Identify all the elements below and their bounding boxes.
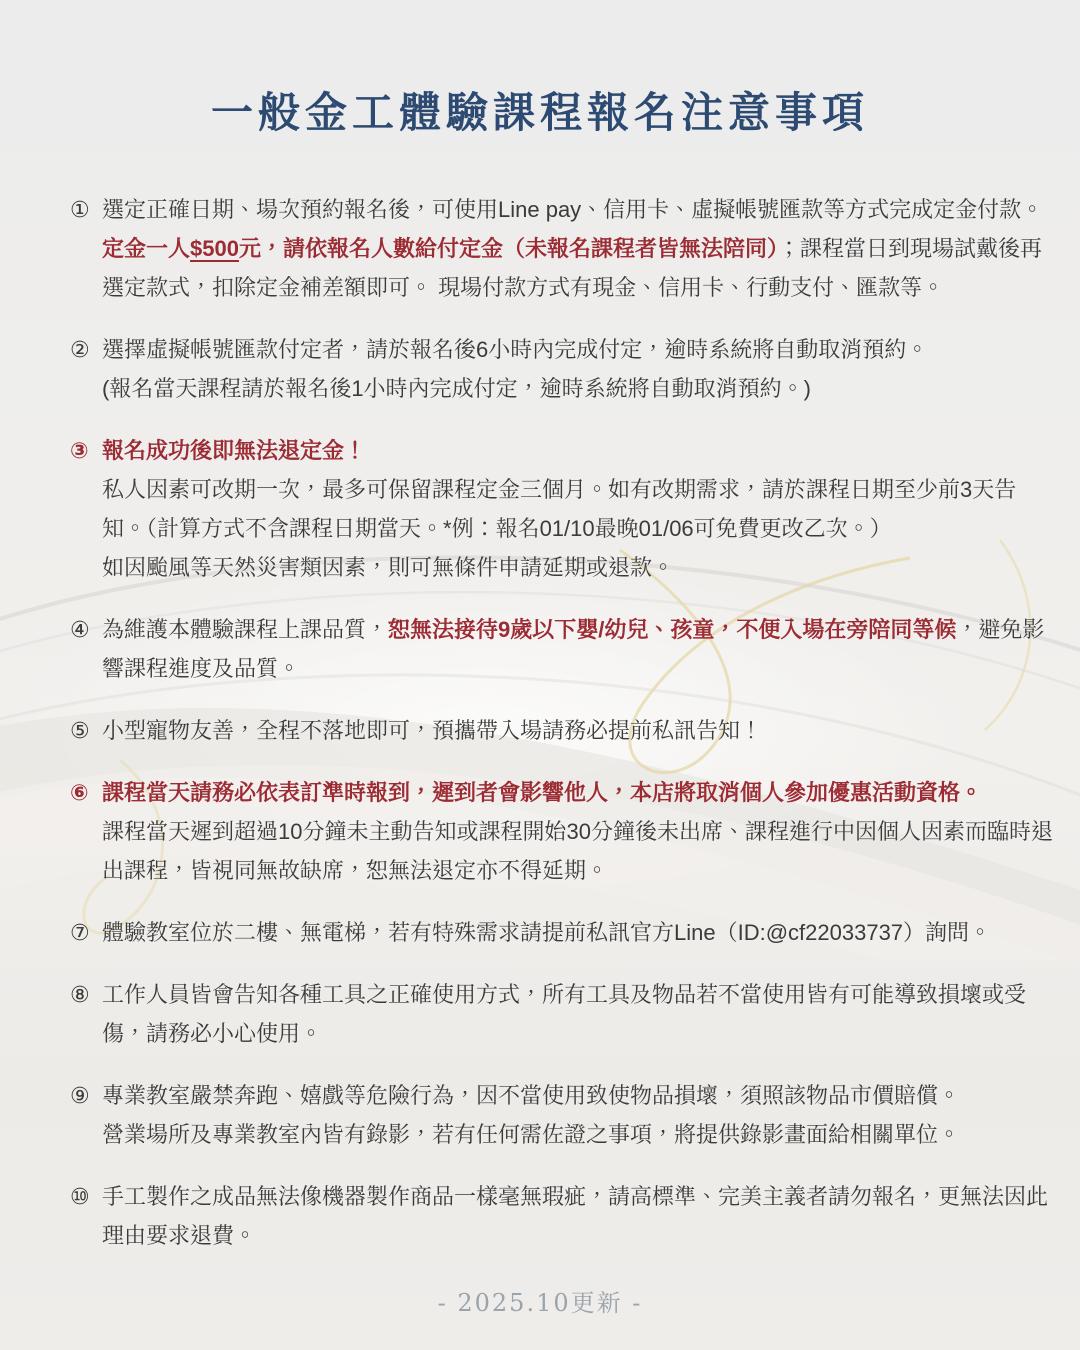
notice-line: 私人因素可改期一次，最多可保留課程定金三個月。如有改期需求，請於課程日期至少前3… (102, 470, 1010, 509)
text-segment: (報名當天課程請於報名後1小時內完成付定，逾時系統將自動取消預約。) (102, 376, 811, 401)
text-segment: 營業場所及專業教室內皆有錄影，若有任何需佐證之事項，將提供錄影畫面給相關單位。 (102, 1122, 960, 1147)
notice-line: 課程當天請務必依表訂準時報到，遲到者會影響他人，本店將取消個人參加優惠活動資格。 (102, 773, 1010, 812)
text-segment: 手工製作之成品無法像機器製作商品一樣毫無瑕疵，請高標準、完美主義者請勿報名，更無… (102, 1184, 1048, 1209)
notice-number: ⑧ (70, 975, 102, 1053)
text-segment: 如因颱風等天然災害類因素，則可無條件申請延期或退款。 (102, 555, 674, 580)
notice-line: (報名當天課程請於報名後1小時內完成付定，逾時系統將自動取消預約。) (102, 369, 1010, 408)
notice-line: 手工製作之成品無法像機器製作商品一樣毫無瑕疵，請高標準、完美主義者請勿報名，更無… (102, 1177, 1010, 1216)
text-segment: 課程當天請務必依表訂準時報到，遲到者會影響他人，本店將取消個人參加優惠活動資格。 (102, 780, 982, 805)
notice-number: ⑩ (70, 1177, 102, 1255)
notice-item: ⑤小型寵物友善，全程不落地即可，預攜帶入場請務必提前私訊告知！ (70, 711, 1010, 750)
notice-lines: 小型寵物友善，全程不落地即可，預攜帶入場請務必提前私訊告知！ (102, 711, 1010, 750)
notice-lines: 選擇虛擬帳號匯款付定者，請於報名後6小時內完成付定，逾時系統將自動取消預約。(報… (102, 330, 1010, 408)
notice-line: 工作人員皆會告知各種工具之正確使用方式，所有工具及物品若不當使用皆有可能導致損壞… (102, 975, 1010, 1014)
notice-lines: 專業教室嚴禁奔跑、嬉戲等危險行為，因不當使用致使物品損壞，須照該物品市價賠償。營… (102, 1076, 1010, 1154)
text-segment: 小型寵物友善，全程不落地即可，預攜帶入場請務必提前私訊告知！ (102, 718, 762, 743)
text-segment: 元，請依報名人數給付定金（未報名課程者皆無法陪同） (239, 236, 778, 261)
notice-document: 一般金工體驗課程報名注意事項 ①選定正確日期、場次預約報名後，可使用Line p… (0, 0, 1080, 1318)
text-segment: 出課程，皆視同無故缺席，恕無法退定亦不得延期。 (102, 858, 608, 883)
text-segment: 理由要求退費。 (102, 1223, 256, 1248)
page-title: 一般金工體驗課程報名注意事項 (70, 0, 1010, 140)
text-segment: 為維護本體驗課程上課品質， (102, 617, 388, 642)
notice-line: 選擇虛擬帳號匯款付定者，請於報名後6小時內完成付定，逾時系統將自動取消預約。 (102, 330, 1010, 369)
notice-item: ②選擇虛擬帳號匯款付定者，請於報名後6小時內完成付定，逾時系統將自動取消預約。(… (70, 330, 1010, 408)
notice-line: 定金一人$500元，請依報名人數給付定金（未報名課程者皆無法陪同）；課程當日到現… (102, 229, 1010, 268)
notice-number: ⑨ (70, 1076, 102, 1154)
notice-item: ⑥課程當天請務必依表訂準時報到，遲到者會影響他人，本店將取消個人參加優惠活動資格… (70, 773, 1010, 890)
notice-lines: 為維護本體驗課程上課品質，恕無法接待9歲以下嬰/幼兒、孩童，不便入場在旁陪同等候… (102, 610, 1010, 688)
notice-lines: 體驗教室位於二樓、無電梯，若有特殊需求請提前私訊官方Line（ID:@cf220… (102, 913, 1010, 952)
text-segment: 工作人員皆會告知各種工具之正確使用方式，所有工具及物品若不當使用皆有可能導致損壞… (102, 982, 1026, 1007)
notice-line: 響課程進度及品質。 (102, 649, 1010, 688)
notice-number: ③ (70, 431, 102, 587)
notice-list: ①選定正確日期、場次預約報名後，可使用Line pay、信用卡、虛擬帳號匯款等方… (70, 190, 1010, 1255)
notice-item: ⑨專業教室嚴禁奔跑、嬉戲等危險行為，因不當使用致使物品損壞，須照該物品市價賠償。… (70, 1076, 1010, 1154)
notice-line: 小型寵物友善，全程不落地即可，預攜帶入場請務必提前私訊告知！ (102, 711, 1010, 750)
notice-line: 傷，請務必小心使用。 (102, 1014, 1010, 1053)
notice-line: 課程當天遲到超過10分鐘未主動告知或課程開始30分鐘後未出席、課程進行中因個人因… (102, 812, 1010, 851)
text-segment: 課程當天遲到超過10分鐘未主動告知或課程開始30分鐘後未出席、課程進行中因個人因… (102, 819, 1053, 844)
notice-item: ⑩手工製作之成品無法像機器製作商品一樣毫無瑕疵，請高標準、完美主義者請勿報名，更… (70, 1177, 1010, 1255)
text-segment: 選擇虛擬帳號匯款付定者，請於報名後6小時內完成付定，逾時系統將自動取消預約。 (102, 337, 928, 362)
notice-number: ④ (70, 610, 102, 688)
notice-line: 體驗教室位於二樓、無電梯，若有特殊需求請提前私訊官方Line（ID:@cf220… (102, 913, 1010, 952)
text-segment: 體驗教室位於二樓、無電梯，若有特殊需求請提前私訊官方Line（ID:@cf220… (102, 920, 991, 945)
notice-number: ② (70, 330, 102, 408)
notice-number: ① (70, 190, 102, 307)
notice-lines: 報名成功後即無法退定金！私人因素可改期一次，最多可保留課程定金三個月。如有改期需… (102, 431, 1010, 587)
text-segment: 傷，請務必小心使用。 (102, 1021, 322, 1046)
notice-lines: 手工製作之成品無法像機器製作商品一樣毫無瑕疵，請高標準、完美主義者請勿報名，更無… (102, 1177, 1010, 1255)
notice-item: ④為維護本體驗課程上課品質，恕無法接待9歲以下嬰/幼兒、孩童，不便入場在旁陪同等… (70, 610, 1010, 688)
text-segment: 響課程進度及品質。 (102, 656, 300, 681)
notice-line: 為維護本體驗課程上課品質，恕無法接待9歲以下嬰/幼兒、孩童，不便入場在旁陪同等候… (102, 610, 1010, 649)
text-segment: 知。（計算方式不含課程日期當天。*例：報名01/10最晚01/06可免費更改乙次… (102, 516, 892, 541)
notice-item: ①選定正確日期、場次預約報名後，可使用Line pay、信用卡、虛擬帳號匯款等方… (70, 190, 1010, 307)
notice-line: 報名成功後即無法退定金！ (102, 431, 1010, 470)
text-segment: 報名成功後即無法退定金！ (102, 438, 366, 463)
notice-line: 選定正確日期、場次預約報名後，可使用Line pay、信用卡、虛擬帳號匯款等方式… (102, 190, 1010, 229)
notice-line: 出課程，皆視同無故缺席，恕無法退定亦不得延期。 (102, 851, 1010, 890)
notice-item: ⑦體驗教室位於二樓、無電梯，若有特殊需求請提前私訊官方Line（ID:@cf22… (70, 913, 1010, 952)
text-segment: ，避免影 (956, 617, 1044, 642)
text-segment: 選定正確日期、場次預約報名後，可使用Line pay、信用卡、虛擬帳號匯款等方式… (102, 197, 1043, 222)
notice-number: ⑦ (70, 913, 102, 952)
text-segment: 定金一人 (102, 236, 190, 261)
notice-line: 知。（計算方式不含課程日期當天。*例：報名01/10最晚01/06可免費更改乙次… (102, 509, 1010, 548)
notice-item: ⑧工作人員皆會告知各種工具之正確使用方式，所有工具及物品若不當使用皆有可能導致損… (70, 975, 1010, 1053)
update-date: - 2025.10更新 - (70, 1283, 1010, 1318)
notice-item: ③報名成功後即無法退定金！私人因素可改期一次，最多可保留課程定金三個月。如有改期… (70, 431, 1010, 587)
notice-lines: 工作人員皆會告知各種工具之正確使用方式，所有工具及物品若不當使用皆有可能導致損壞… (102, 975, 1010, 1053)
text-segment: 選定款式，扣除定金補差額即可。 現場付款方式有現金、信用卡、行動支付、匯款等。 (102, 275, 944, 300)
notice-line: 理由要求退費。 (102, 1216, 1010, 1255)
text-segment: ；課程當日到現場試戴後再 (778, 236, 1042, 261)
text-segment: 私人因素可改期一次，最多可保留課程定金三個月。如有改期需求，請於課程日期至少前3… (102, 477, 1016, 502)
notice-number: ⑤ (70, 711, 102, 750)
notice-line: 專業教室嚴禁奔跑、嬉戲等危險行為，因不當使用致使物品損壞，須照該物品市價賠償。 (102, 1076, 1010, 1115)
notice-line: 如因颱風等天然災害類因素，則可無條件申請延期或退款。 (102, 548, 1010, 587)
notice-lines: 課程當天請務必依表訂準時報到，遲到者會影響他人，本店將取消個人參加優惠活動資格。… (102, 773, 1010, 890)
notice-line: 營業場所及專業教室內皆有錄影，若有任何需佐證之事項，將提供錄影畫面給相關單位。 (102, 1115, 1010, 1154)
text-segment: 恕無法接待9歲以下嬰/幼兒、孩童，不便入場在旁陪同等候 (388, 617, 956, 642)
notice-line: 選定款式，扣除定金補差額即可。 現場付款方式有現金、信用卡、行動支付、匯款等。 (102, 268, 1010, 307)
notice-lines: 選定正確日期、場次預約報名後，可使用Line pay、信用卡、虛擬帳號匯款等方式… (102, 190, 1010, 307)
text-segment: $500 (190, 236, 239, 261)
notice-number: ⑥ (70, 773, 102, 890)
text-segment: 專業教室嚴禁奔跑、嬉戲等危險行為，因不當使用致使物品損壞，須照該物品市價賠償。 (102, 1083, 960, 1108)
